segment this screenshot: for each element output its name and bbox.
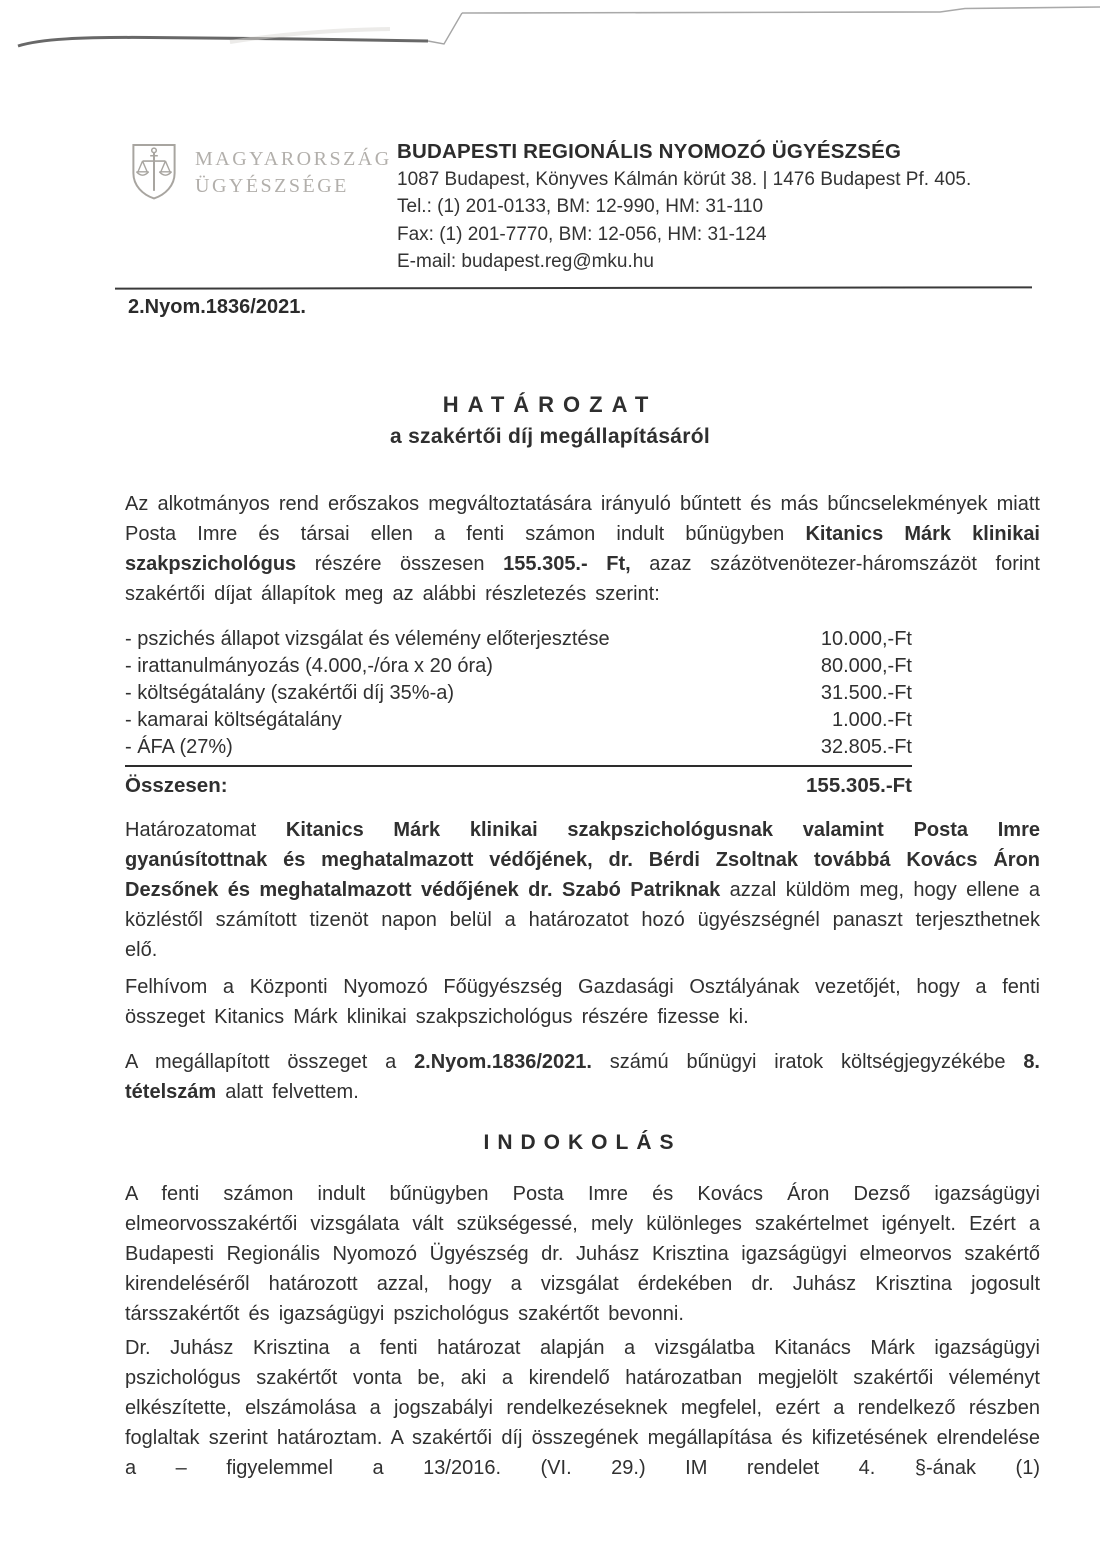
reasoning-paragraph-1: A fenti számon indult bűnügyben Posta Im… bbox=[125, 1179, 1040, 1329]
fee-amount: 1.000.-Ft bbox=[832, 707, 912, 734]
text-run: Határozatomat bbox=[125, 819, 286, 841]
decision-title: HATÁROZAT bbox=[0, 392, 1100, 418]
fee-total-row: Összesen: 155.305.-Ft bbox=[125, 767, 912, 801]
contact-block: BUDAPESTI REGIONÁLIS NYOMOZÓ ÜGYÉSZSÉG 1… bbox=[397, 138, 971, 276]
delivery-paragraph: Határozatomat Kitanics Márk klinikai sza… bbox=[125, 815, 1040, 965]
text-run-bold: 2.Nyom.1836/2021. bbox=[414, 1051, 592, 1073]
decision-subtitle: a szakértői díj megállapításáról bbox=[0, 425, 1100, 449]
emblem-block: MAGYARORSZÁG ÜGYÉSZSÉGE bbox=[125, 140, 392, 202]
cost-register-paragraph: A megállapított összeget a 2.Nyom.1836/2… bbox=[125, 1047, 1040, 1107]
text-run-bold: 155.305.- Ft, bbox=[503, 553, 631, 575]
office-phone: Tel.: (1) 201-0133, BM: 12-990, HM: 31-1… bbox=[397, 193, 971, 221]
fee-amount: 31.500.-Ft bbox=[821, 680, 912, 707]
case-number: 2.Nyom.1836/2021. bbox=[128, 296, 306, 319]
fee-total-label: Összesen: bbox=[125, 771, 228, 801]
emblem-caption: MAGYARORSZÁG ÜGYÉSZSÉGE bbox=[195, 146, 392, 200]
fee-row: - irattanulmányozás (4.000,-/óra x 20 ór… bbox=[125, 653, 912, 680]
fee-total-amount: 155.305.-Ft bbox=[806, 771, 912, 801]
fee-amount: 32.805.-Ft bbox=[821, 734, 912, 761]
emblem-caption-line2: ÜGYÉSZSÉGE bbox=[195, 173, 392, 200]
fee-row: - kamarai költségátalány 1.000.-Ft bbox=[125, 707, 912, 734]
page: { "letterhead": { "emblem": { "line1": "… bbox=[0, 0, 1100, 1559]
office-email: E-mail: budapest.reg@mku.hu bbox=[397, 248, 971, 276]
fee-row: - ÁFA (27%) 32.805.-Ft bbox=[125, 734, 912, 767]
decision-title-block: HATÁROZAT a szakértői díj megállapításár… bbox=[0, 392, 1100, 449]
fee-row: - költségátalány (szakértői díj 35%-a) 3… bbox=[125, 680, 912, 707]
office-address: 1087 Budapest, Könyves Kálmán körút 38. … bbox=[397, 166, 971, 194]
fee-label: - pszichés állapot vizsgálat és vélemény… bbox=[125, 626, 610, 653]
reasoning-paragraph-2: Dr. Juhász Krisztina a fenti határozat a… bbox=[125, 1333, 1040, 1483]
intro-paragraph: Az alkotmányos rend erőszakos megváltozt… bbox=[125, 489, 1040, 609]
prosecution-coat-of-arms-icon bbox=[125, 140, 183, 202]
fee-label: - irattanulmányozás (4.000,-/óra x 20 ór… bbox=[125, 653, 493, 680]
fee-label: - ÁFA (27%) bbox=[125, 734, 233, 761]
text-run: részére összesen bbox=[296, 553, 503, 575]
reasoning-section-heading: INDOKOLÁS bbox=[125, 1128, 1040, 1158]
document-body: Az alkotmányos rend erőszakos megváltozt… bbox=[125, 489, 1040, 1483]
fee-amount: 80.000,-Ft bbox=[821, 653, 912, 680]
office-fax: Fax: (1) 201-7770, BM: 12-056, HM: 31-12… bbox=[397, 221, 971, 249]
text-run: A megállapított összeget a bbox=[125, 1051, 414, 1073]
scan-artifact-line bbox=[0, 0, 1100, 60]
fee-breakdown-table: - pszichés állapot vizsgálat és vélemény… bbox=[125, 626, 912, 801]
header-divider bbox=[115, 286, 1032, 289]
fee-amount: 10.000,-Ft bbox=[821, 626, 912, 653]
text-run: alatt felvettem. bbox=[216, 1081, 359, 1103]
office-name: BUDAPESTI REGIONÁLIS NYOMOZÓ ÜGYÉSZSÉG bbox=[397, 138, 971, 166]
payment-instruction-paragraph: Felhívom a Központi Nyomozó Főügyészség … bbox=[125, 972, 1040, 1032]
fee-label: - kamarai költségátalány bbox=[125, 707, 342, 734]
fee-label: - költségátalány (szakértői díj 35%-a) bbox=[125, 680, 454, 707]
emblem-caption-line1: MAGYARORSZÁG bbox=[195, 146, 392, 173]
text-run: számú bűnügyi iratok költségjegyzékébe bbox=[592, 1051, 1023, 1073]
fee-row: - pszichés állapot vizsgálat és vélemény… bbox=[125, 626, 912, 653]
